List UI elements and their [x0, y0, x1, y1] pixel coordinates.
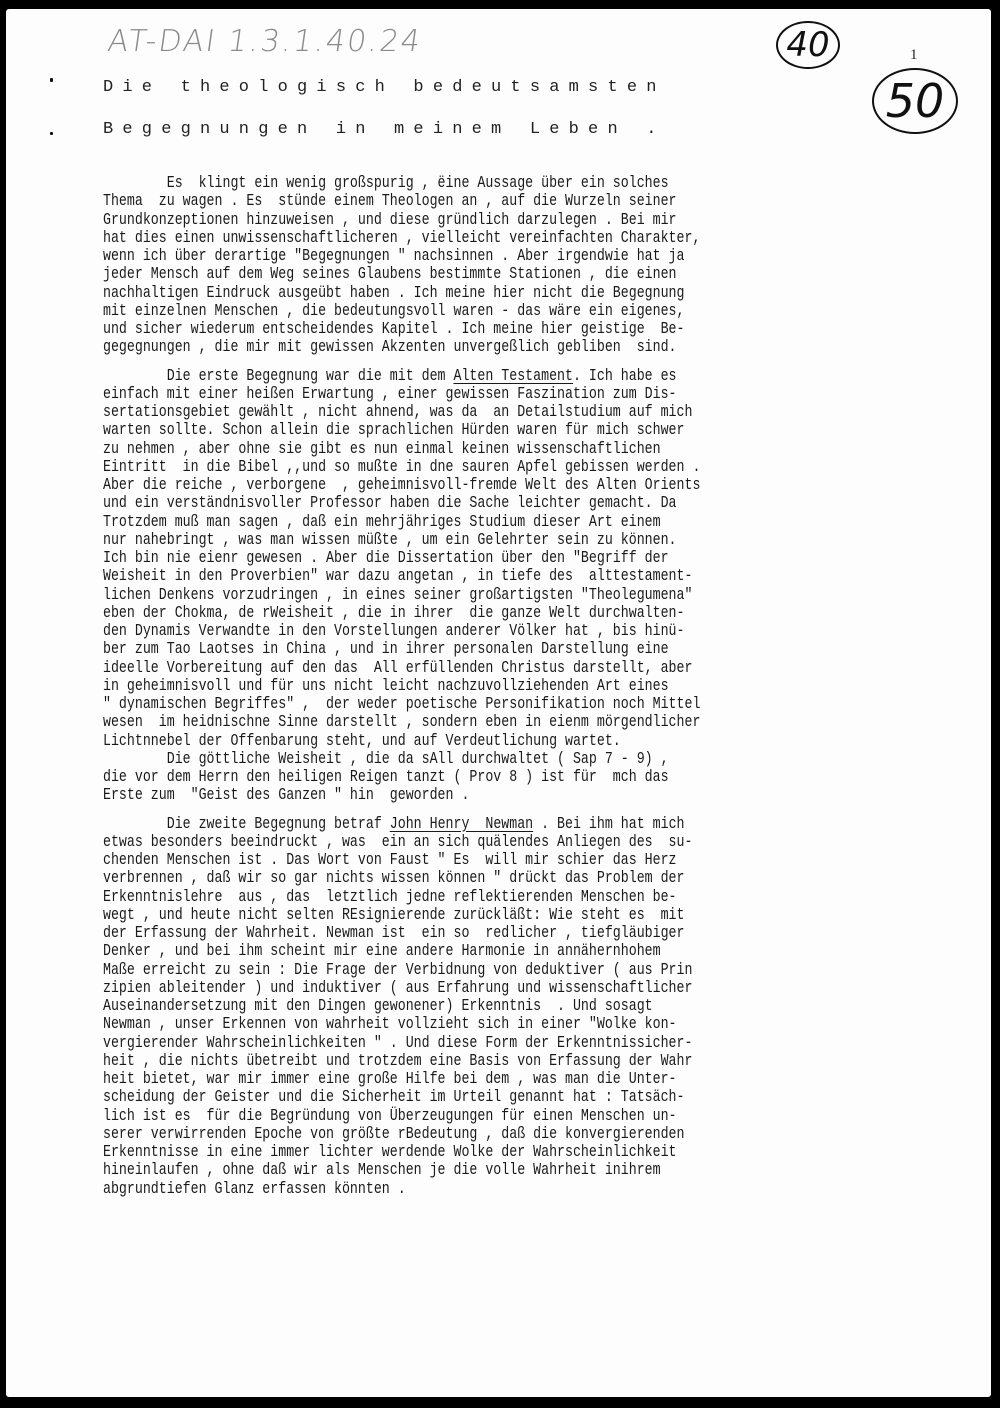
text-line: nachhaltigen Eindruck ausgeübt haben . I… — [103, 284, 997, 302]
text-line: ber zum Tao Laotses in China , und in ih… — [103, 640, 997, 658]
text-line: scheidung der Geister und die Sicherheit… — [103, 1088, 997, 1106]
text-line: mit einzelnen Menschen , die bedeutungsv… — [103, 302, 997, 320]
text-line: Eintritt in die Bibel ,,und so mußte in … — [103, 458, 997, 476]
text-line: in geheimnisvoll und für uns nicht leich… — [103, 677, 997, 695]
text-line: chenden Menschen ist . Das Wort von Faus… — [103, 851, 997, 869]
document-body: Es klingt ein wenig großspurig , ëine Au… — [103, 174, 997, 1198]
text-line: Lichtnnebel der Offenbarung steht, und a… — [103, 732, 997, 750]
page-number: 1 — [910, 47, 918, 64]
text-line: wenn ich über derartige "Begegnungen " n… — [103, 247, 997, 265]
title-line-1: Die theologisch bedeutsamsten — [103, 78, 666, 97]
circled-number-40: 40 — [776, 21, 840, 69]
text-line: der Erfassung der Wahrheit. Newman ist e… — [103, 924, 997, 942]
text-line: Auseinandersetzung mit den Dingen gewone… — [103, 997, 997, 1015]
text-line: Aber die reiche , verborgene , geheimnis… — [103, 476, 997, 494]
circled-number-50: 50 — [872, 68, 958, 134]
text-line: zipien ableitender ) und induktiver ( au… — [103, 979, 997, 997]
text-line: wegt , und heute nicht selten REsigniere… — [103, 906, 997, 924]
text-line: lichen Denkens vorzudringen , in eines s… — [103, 586, 997, 604]
text-line: hineinlaufen , ohne daß wir als Menschen… — [103, 1161, 997, 1179]
text-line: Erste zum "Geist des Ganzen " hin geword… — [103, 786, 997, 804]
underlined-term: Alten Testament — [453, 367, 572, 385]
text-line: gegegnungen , die mir mit gewissen Akzen… — [103, 338, 997, 356]
text-line: lich ist es für die Begründung von Überz… — [103, 1107, 997, 1125]
text-line: zu nehmen , aber ohne sie gibt es nun ei… — [103, 440, 997, 458]
paragraph: Die erste Begegnung war die mit dem Alte… — [103, 367, 997, 805]
text-line: abgrundtiefen Glanz erfassen könnten . — [103, 1180, 997, 1198]
text-line: " dynamischen Begriffes" , der weder poe… — [103, 695, 997, 713]
text-line: heit bietet, war mir immer eine große Hi… — [103, 1070, 997, 1088]
paragraph: Die zweite Begegnung betraf John Henry N… — [103, 815, 997, 1198]
text-line: ideelle Vorbereitung auf den das All erf… — [103, 659, 997, 677]
text-line: Grundkonzeptionen hinzuweisen , und dies… — [103, 211, 997, 229]
text-line: serer verwirrenden Epoche von größte rBe… — [103, 1125, 997, 1143]
text-line: und ein verständnisvoller Professor habe… — [103, 494, 997, 512]
text-line: jeder Mensch auf dem Weg seines Glaubens… — [103, 265, 997, 283]
text-line: Newman , unser Erkennen von wahrheit vol… — [103, 1015, 997, 1033]
text-line: Erkenntnisse in eine immer lichter werde… — [103, 1143, 997, 1161]
text-line: etwas besonders beeindruckt , was ein an… — [103, 833, 997, 851]
text-line: heit , die nichts übetreibt und trotzdem… — [103, 1052, 997, 1070]
text-line: hat dies einen unwissenschaftlicheren , … — [103, 229, 997, 247]
text-line: den Dynamis Verwandte in den Vorstellung… — [103, 622, 997, 640]
title-line-2: Begegnungen in meinem Leben . — [103, 120, 666, 139]
text-line: Die erste Begegnung war die mit dem Alte… — [103, 367, 997, 385]
text-line: verbrennen , daß wir so gar nichts wisse… — [103, 869, 997, 887]
margin-mark — [50, 132, 53, 135]
text-line: eben der Chokma, de rWeisheit , die in i… — [103, 604, 997, 622]
paragraph-gap — [103, 805, 997, 815]
text-line: vergierender Wahrscheinlichkeiten " . Un… — [103, 1034, 997, 1052]
text-line: Die zweite Begegnung betraf John Henry N… — [103, 815, 997, 833]
text-line: Weisheit in den Proverbien" war dazu ang… — [103, 567, 997, 585]
text-line: Es klingt ein wenig großspurig , ëine Au… — [103, 174, 997, 192]
archive-reference: AT-DAI 1.3.1.40.24 — [106, 24, 425, 59]
text-line: Denker , und bei ihm scheint mir eine an… — [103, 942, 997, 960]
text-line: Die göttliche Weisheit , die da sAll dur… — [103, 750, 997, 768]
text-line: Erkenntnislehre aus , das letztlich jedn… — [103, 888, 997, 906]
text-line: Ich bin nie eienr gewesen . Aber die Dis… — [103, 549, 997, 567]
text-line: wesen im heidnischne Sinne darstellt , s… — [103, 713, 997, 731]
text-line: nur nahebringt , was man wissen müßte , … — [103, 531, 997, 549]
underlined-term: John Henry Newman — [390, 815, 533, 833]
text-line: Maße erreicht zu sein : Die Frage der Ve… — [103, 961, 997, 979]
text-line: Thema zu wagen . Es stünde einem Theolog… — [103, 192, 997, 210]
margin-mark — [50, 78, 53, 82]
text-line: sertationsgebiet gewählt , nicht ahnend,… — [103, 403, 997, 421]
text-line: Trotzdem muß man sagen , daß ein mehrjäh… — [103, 513, 997, 531]
paragraph-gap — [103, 357, 997, 367]
paragraph: Es klingt ein wenig großspurig , ëine Au… — [103, 174, 997, 357]
text-line: die vor dem Herrn den heiligen Reigen ta… — [103, 768, 997, 786]
text-line: einfach mit einer heißen Erwartung , ein… — [103, 385, 997, 403]
text-line: warten sollte. Schon allein die sprachli… — [103, 421, 997, 439]
text-line: und sicher wiederum entscheidendes Kapit… — [103, 320, 997, 338]
